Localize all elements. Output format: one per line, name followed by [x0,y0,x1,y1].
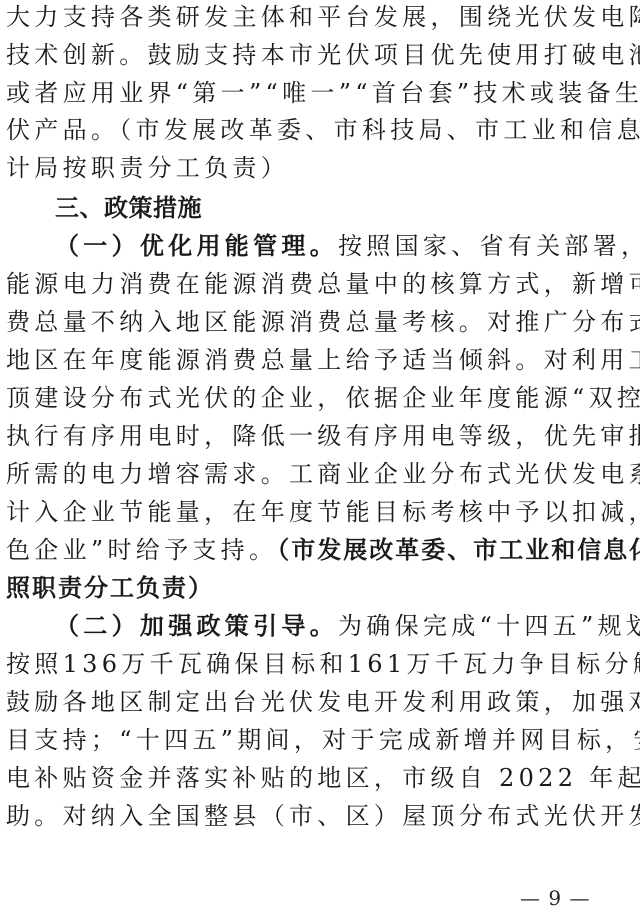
document-page: 大力支持各类研发主体和平台发展，围绕光伏发电降本增效进行 技术创新。鼓励支持本市… [0,0,640,916]
paragraph-title: （二）加强政策引导。 [55,611,338,640]
text-line: 顶建设分布式光伏的企业，依据企业年度能源“双控”目标，在 [6,381,628,415]
text-line: 按照136万千瓦确保目标和161万千瓦力争目标分解落实各地区； [6,647,628,681]
text-line: 照职责分工负责） [6,571,628,605]
text-line: 目支持；“十四五”期间，对于完成新增并网目标，安排光伏发 [6,723,628,757]
paragraph-text: 为确保完成“十四五”规划装机量， [338,612,640,640]
text-line: 计局按职责分工负责） [6,151,628,185]
text-line: 计入企业节能量，在年度节能目标考核中予以扣减，并在评选“绿 [6,495,628,529]
section-heading: 三、政策措施 [55,191,628,225]
text-line: 伏产品。（市发展改革委、市科技局、市工业和信息化局、市统 [6,113,628,147]
text-line: 大力支持各类研发主体和平台发展，围绕光伏发电降本增效进行 [6,0,628,34]
responsible-departments: 照职责分工负责） [6,574,214,602]
page-number: — 9 — [520,886,590,910]
text-line: 能源电力消费在能源消费总量中的核算方式，新增可再生能源消 [6,267,628,301]
text-line: 电补贴资金并落实补贴的地区，市级自 2022 年起分年度给予补 [6,761,628,795]
paragraph-first-line: （二）加强政策引导。为确保完成“十四五”规划装机量， [55,609,628,643]
text-line: 助。对纳入全国整县（市、区）屋顶分布式光伏开发试点的地区， [6,799,628,833]
text-line: 鼓励各地区制定出台光伏发电开发利用政策，加强对光伏发电项 [6,685,628,719]
text-line: 所需的电力增容需求。工商业企业分布式光伏发电系统所发电量 [6,457,628,491]
paragraph-title: （一）优化用能管理。 [55,231,338,260]
paragraph-text: 按照国家、省有关部署，调整可再生 [338,232,640,260]
text-line: 技术创新。鼓励支持本市光伏项目优先使用打破电池效率记录的， [6,38,628,72]
text-line: 或者应用业界“第一”“唯一”“首台套”技术或装备生产的光 [6,76,628,110]
paragraph-text: 色企业”时给予支持。 [6,536,277,564]
responsible-departments: （市发展改革委、市工业和信息化局等按 [277,536,640,564]
text-line: 地区在年度能源消费总量上给予适当倾斜。对利用工业和商业屋 [6,343,628,377]
text-line: 执行有序用电时，降低一级有序用电等级，优先审批因转型升级 [6,419,628,453]
text-line: 色企业”时给予支持。（市发展改革委、市工业和信息化局等按 [6,533,628,567]
paragraph-first-line: （一）优化用能管理。按照国家、省有关部署，调整可再生 [55,229,628,263]
text-line: 费总量不纳入地区能源消费总量考核。对推广分布式光伏较好的 [6,305,628,339]
